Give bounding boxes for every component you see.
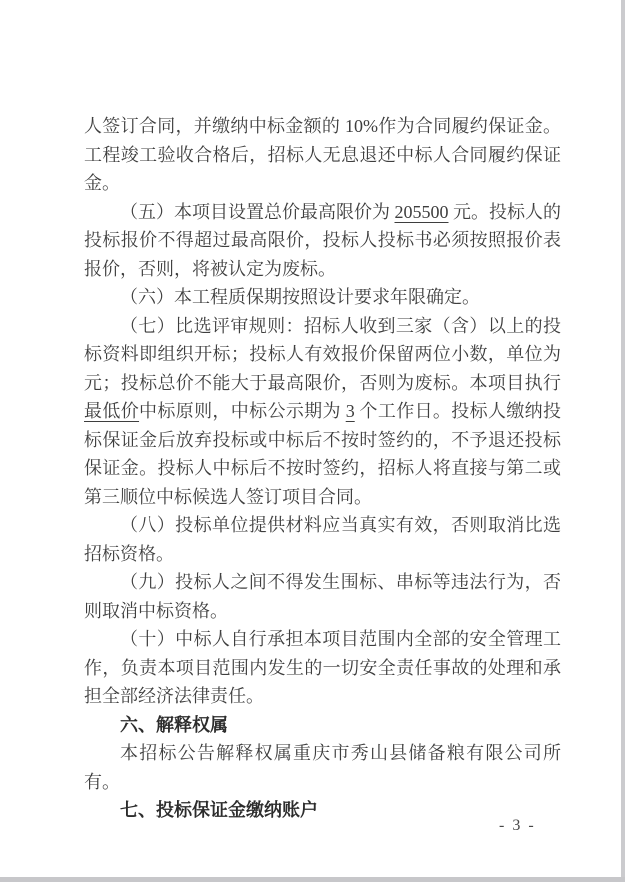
paragraph: （六）本工程质保期按照设计要求年限确定。 <box>84 283 561 312</box>
text-segment: 七、投标保证金缴纳账户 <box>120 800 318 820</box>
page-number: - 3 - <box>499 817 559 835</box>
scanned-document-page: 人签订合同，并缴纳中标金额的 10%作为合同履约保证金。工程竣工验收合格后，招标… <box>0 0 625 882</box>
paragraph: （九）投标人之间不得发生围标、串标等违法行为，否则取消中标资格。 <box>84 568 561 625</box>
text-segment: （七）比选评审规则：招标人收到三家（含）以上的投标资料即组织开标；投标人有效报价… <box>84 316 561 393</box>
scan-edge-right <box>621 0 625 882</box>
document-body: 人签订合同，并缴纳中标金额的 10%作为合同履约保证金。工程竣工验收合格后，招标… <box>84 112 561 825</box>
text-segment: （六）本工程质保期按照设计要求年限确定。 <box>120 287 480 307</box>
section-heading: 六、解释权属 <box>84 711 561 740</box>
text-segment: 本招标公告解释权属重庆市秀山县储备粮有限公司所有。 <box>84 743 561 792</box>
text-segment: （十）中标人自行承担本项目范围内全部的安全管理工作，负责本项目范围内发生的一切安… <box>84 629 561 706</box>
underlined-value: 最低价 <box>84 401 139 421</box>
paragraph: （五）本项目设置总价最高限价为 205500 元。投标人的投标报价不得超过最高限… <box>84 198 561 284</box>
text-segment: 六、解释权属 <box>120 715 228 735</box>
text-segment: （八）投标单位提供材料应当真实有效，否则取消比选招标资格。 <box>84 515 561 564</box>
text-segment: （九）投标人之间不得发生围标、串标等违法行为，否则取消中标资格。 <box>84 572 561 621</box>
paragraph: （十）中标人自行承担本项目范围内全部的安全管理工作，负责本项目范围内发生的一切安… <box>84 625 561 711</box>
text-segment: （五）本项目设置总价最高限价为 <box>120 202 395 222</box>
underlined-value: 205500 <box>395 202 449 222</box>
scan-edge-bottom <box>0 877 625 882</box>
underlined-value: 3 <box>346 401 355 421</box>
paragraph: （八）投标单位提供材料应当真实有效，否则取消比选招标资格。 <box>84 511 561 568</box>
paragraph: 人签订合同，并缴纳中标金额的 10%作为合同履约保证金。工程竣工验收合格后，招标… <box>84 112 561 198</box>
section-heading: 七、投标保证金缴纳账户 <box>84 796 561 825</box>
paragraph: （七）比选评审规则：招标人收到三家（含）以上的投标资料即组织开标；投标人有效报价… <box>84 312 561 512</box>
paragraph: 本招标公告解释权属重庆市秀山县储备粮有限公司所有。 <box>84 739 561 796</box>
text-segment: 中标原则，中标公示期为 <box>139 401 346 421</box>
text-segment: 人签订合同，并缴纳中标金额的 10%作为合同履约保证金。工程竣工验收合格后，招标… <box>84 116 561 193</box>
